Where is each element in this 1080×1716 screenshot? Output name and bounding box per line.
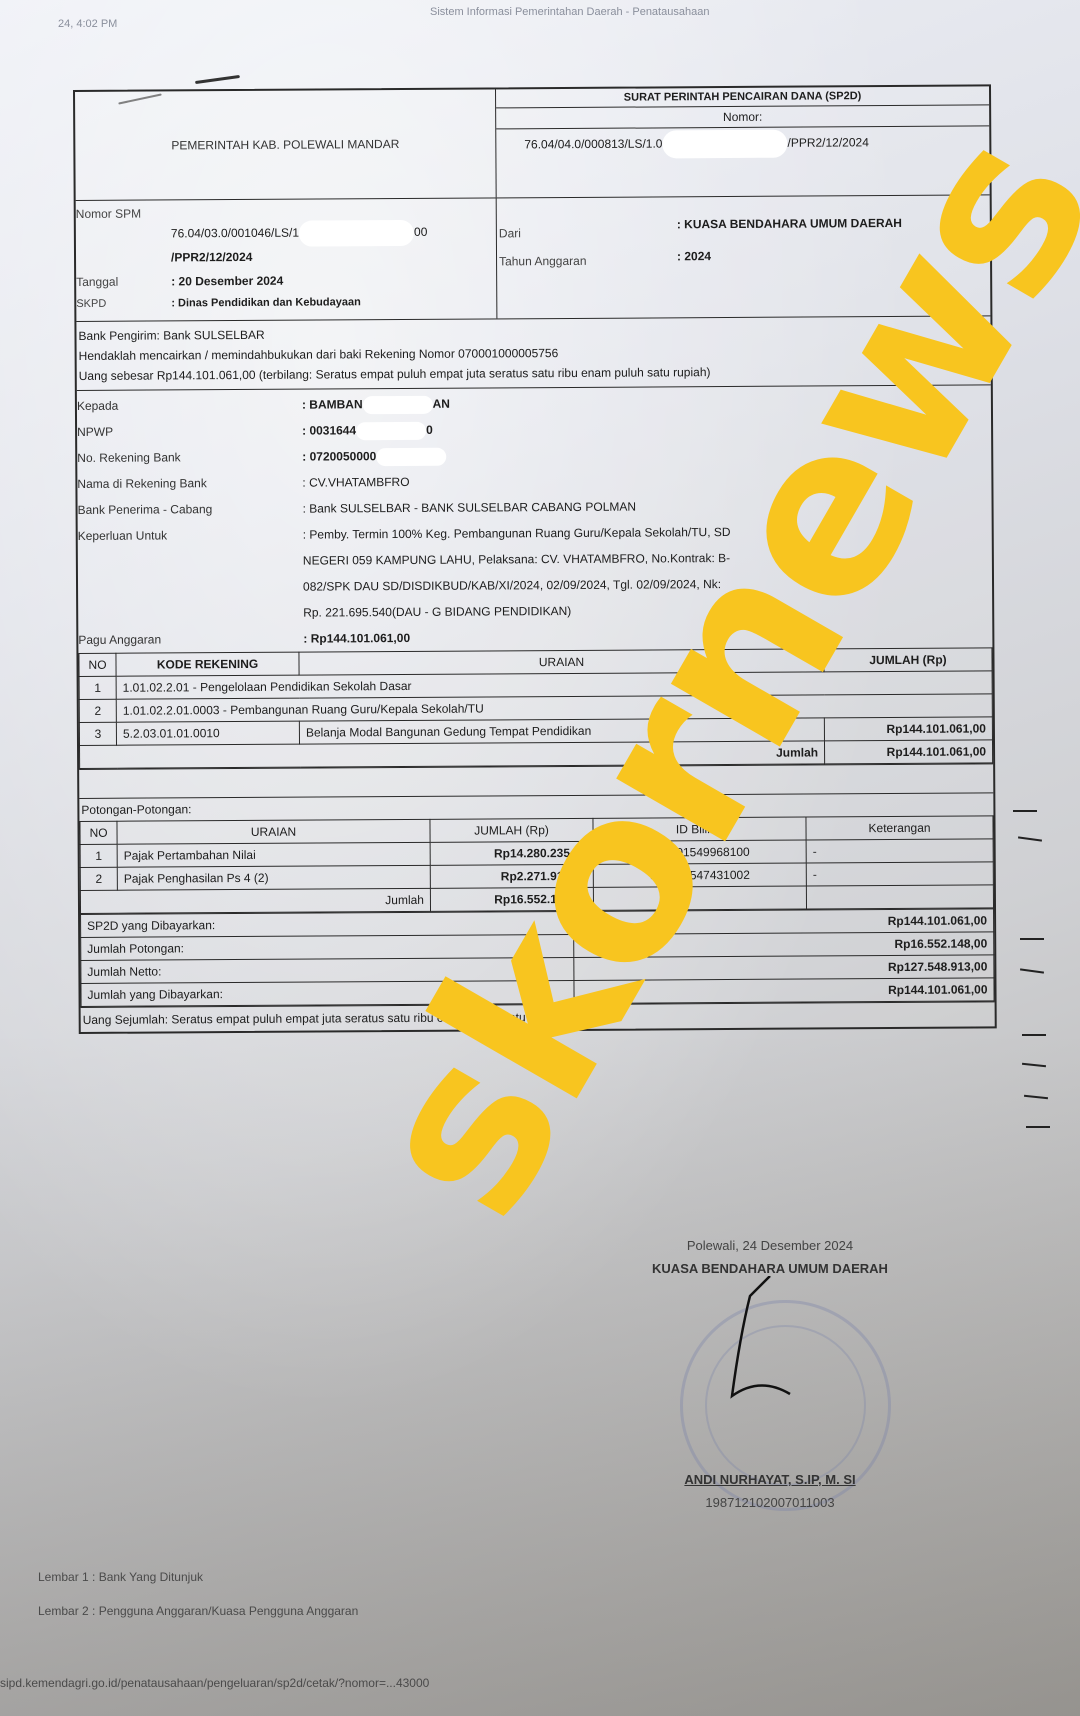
col-no: NO xyxy=(80,821,117,844)
tahun-label: Tahun Anggaran xyxy=(499,254,587,269)
recipient-label: Pagu Anggaran xyxy=(78,626,303,653)
col-uraian: URAIAN xyxy=(117,819,430,844)
signature-block: Polewali, 24 Desember 2024 KUASA BENDAHA… xyxy=(620,1238,920,1510)
recipient-section: Kepada: BAMBANANNPWP: 00316440No. Rekeni… xyxy=(77,384,993,653)
tahun-value: : 2024 xyxy=(677,249,711,263)
row-jumlah: Rp144.101.061,00 xyxy=(824,717,992,741)
col-no: NO xyxy=(79,653,116,676)
redaction xyxy=(356,422,426,440)
recipient-label: NPWP xyxy=(77,418,302,445)
place-date: Polewali, 24 Desember 2024 xyxy=(620,1238,920,1253)
nomor-spm-value: 76.04/03.0/001046/LS/100 xyxy=(171,225,428,241)
row-no: 2 xyxy=(79,699,116,722)
row-no: 1 xyxy=(79,676,116,699)
print-time: 24, 4:02 PM xyxy=(58,18,117,30)
recipient-label xyxy=(78,574,303,601)
lembar-1: Lembar 1 : Bank Yang Ditunjuk xyxy=(38,1560,358,1594)
summary-table: SP2D yang Dibayarkan:Rp144.101.061,00Jum… xyxy=(80,908,995,1007)
source-info: Dari : KUASA BENDAHARA UMUM DAERAH Tahun… xyxy=(496,195,991,318)
row-no: 3 xyxy=(79,722,116,745)
signatory-name: ANDI NURHAYAT, S.IP, M. SI xyxy=(620,1472,920,1487)
signatory-role: KUASA BENDAHARA UMUM DAERAH xyxy=(620,1261,920,1276)
tanggal-value: : 20 Desember 2024 xyxy=(171,274,283,289)
potongan-table: NO URAIAN JUMLAH (Rp) ID Billing Keteran… xyxy=(79,815,994,914)
redaction xyxy=(376,448,446,466)
col-uraian: URAIAN xyxy=(299,649,824,675)
system-name: Sistem Informasi Pemerintahan Daerah - P… xyxy=(430,6,709,18)
recipient-label: No. Rekening Bank xyxy=(77,444,302,471)
signatory-nip: 198712102007011003 xyxy=(620,1495,920,1510)
check-tick xyxy=(1020,938,1044,940)
nomor-spm-line2: /PPR2/12/2024 xyxy=(171,250,252,264)
row-uraian: Belanja Modal Bangunan Gedung Tempat Pen… xyxy=(299,718,824,744)
spm-info: Nomor SPM 76.04/03.0/001046/LS/100 /PPR2… xyxy=(76,198,497,321)
dari-value: : KUASA BENDAHARA UMUM DAERAH xyxy=(677,216,902,231)
sp2d-document: PEMERINTAH KAB. POLEWALI MANDAR SURAT PE… xyxy=(73,84,997,1034)
signature-icon xyxy=(710,1276,830,1436)
row-kode: 5.2.03.01.01.0010 xyxy=(116,721,299,745)
check-tick xyxy=(1022,1034,1046,1036)
col-keterangan: Keterangan xyxy=(806,816,993,840)
col-kode: KODE REKENING xyxy=(116,652,299,676)
pen-mark xyxy=(195,75,240,84)
nomor-label: Nomor: xyxy=(496,105,989,129)
check-tick xyxy=(1026,1126,1050,1128)
recipient-label: Nama di Rekening Bank xyxy=(77,470,302,497)
check-tick xyxy=(1022,1063,1046,1067)
sp2d-sheet: PEMERINTAH KAB. POLEWALI MANDAR SURAT PE… xyxy=(73,84,997,1034)
redaction xyxy=(662,130,787,159)
sp2d-number: 76.04/04.0/000813/LS/1.0/PPR2/12/2024 xyxy=(496,126,989,156)
terbilang: Uang Sejumlah: Seratus empat puluh empat… xyxy=(81,1001,995,1032)
col-jumlah: JUMLAH (Rp) xyxy=(824,648,992,672)
tanggal-label: Tanggal xyxy=(76,275,118,289)
check-tick xyxy=(1018,836,1042,841)
recipient-label: Bank Penerima - Cabang xyxy=(77,496,302,523)
uang-sebesar: Uang sebesar Rp144.101.061,00 (terbilang… xyxy=(79,360,989,386)
recipient-label xyxy=(78,548,303,575)
check-tick xyxy=(1013,810,1037,812)
check-tick xyxy=(1020,968,1044,973)
col-id-billing: ID Billing xyxy=(593,817,806,841)
recipient-label: Kepada xyxy=(77,392,302,419)
redaction xyxy=(363,396,433,414)
nomor-spm-label: Nomor SPM xyxy=(76,207,141,221)
lembar-2: Lembar 2 : Pengguna Anggaran/Kuasa Pengg… xyxy=(38,1594,358,1628)
footer-notes: Lembar 1 : Bank Yang Ditunjuk Lembar 2 :… xyxy=(38,1560,358,1628)
skpd-label: SKPD xyxy=(76,298,106,310)
rekening-table: NO KODE REKENING URAIAN JUMLAH (Rp) 11.0… xyxy=(78,647,993,769)
redaction xyxy=(299,220,414,247)
check-tick xyxy=(1024,1095,1048,1099)
government-name: PEMERINTAH KAB. POLEWALI MANDAR xyxy=(171,137,399,152)
recipient-label: Keperluan Untuk xyxy=(78,522,303,549)
dari-label: Dari xyxy=(499,226,521,240)
skpd-value: : Dinas Pendidikan dan Kebudayaan xyxy=(171,296,361,309)
col-jumlah: JUMLAH (Rp) xyxy=(430,818,593,842)
print-url: sipd.kemendagri.go.id/penatausahaan/peng… xyxy=(0,1676,429,1690)
recipient-value: : Rp144.101.061,00 xyxy=(303,621,992,651)
total-value: Rp144.101.061,00 xyxy=(824,740,992,764)
recipient-label xyxy=(78,600,303,627)
